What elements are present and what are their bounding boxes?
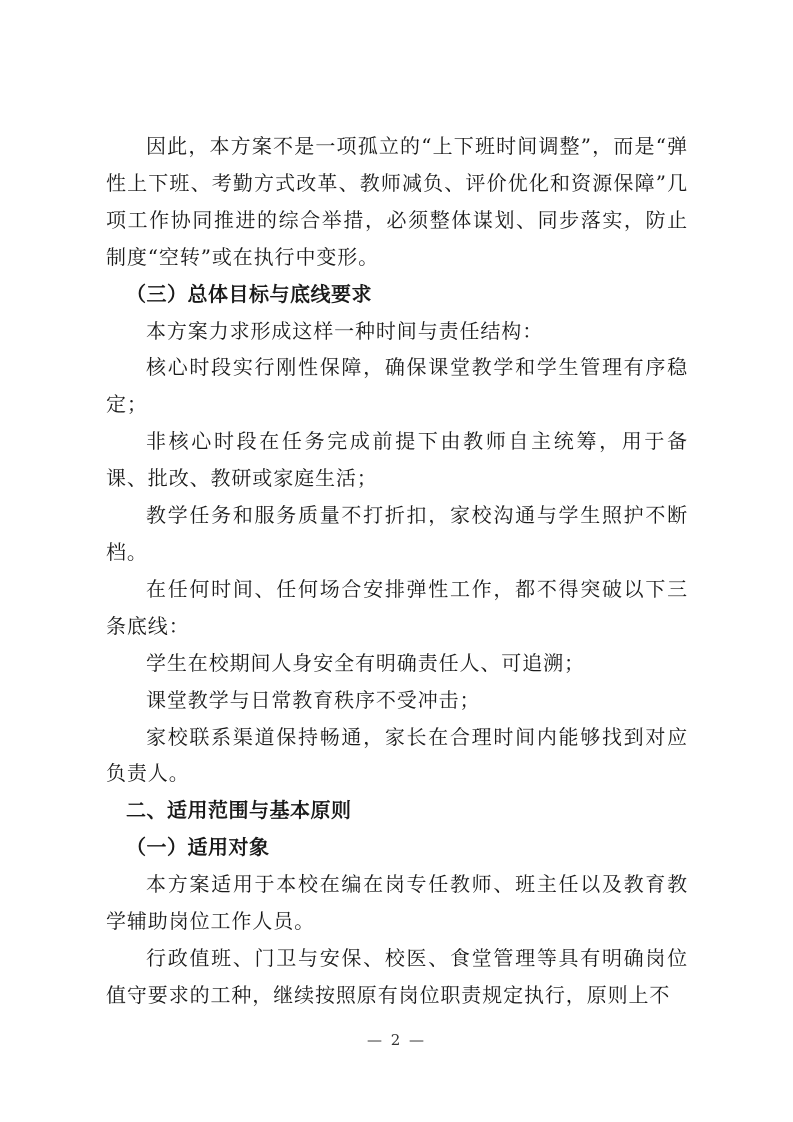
paragraph-overview: 因此，本方案不是一项孤立的“上下班时间调整”，而是“弹性上下班、考勤方式改革、教…	[106, 128, 688, 276]
chapter-heading-scope: 二、适用范围与基本原则	[106, 792, 688, 829]
paragraph-quality: 教学任务和服务质量不打折扣，家校沟通与学生照护不断档。	[106, 497, 688, 571]
paragraph-bottom-line-safety: 学生在校期间人身安全有明确责任人、可追溯；	[106, 645, 688, 682]
paragraph-non-core-period: 非核心时段在任务完成前提下由教师自主统筹，用于备课、批改、教研或家庭生活；	[106, 423, 688, 497]
section-heading-applicable: （一）适用对象	[106, 829, 688, 866]
paragraph-structure-intro: 本方案力求形成这样一种时间与责任结构：	[106, 313, 688, 350]
page-number: — 2 —	[0, 1031, 793, 1049]
paragraph-core-period: 核心时段实行刚性保障，确保课堂教学和学生管理有序稳定；	[106, 349, 688, 423]
paragraph-bottom-line-contact: 家校联系渠道保持畅通，家长在合理时间内能够找到对应负责人。	[106, 719, 688, 793]
section-heading-goals: （三）总体目标与底线要求	[106, 276, 688, 313]
paragraph-applicable-staff: 本方案适用于本校在编在岗专任教师、班主任以及教育教学辅助岗位工作人员。	[106, 866, 688, 940]
paragraph-excluded-staff: 行政值班、门卫与安保、校医、食堂管理等具有明确岗位值守要求的工种，继续按照原有岗…	[106, 940, 688, 1014]
document-body: 因此，本方案不是一项孤立的“上下班时间调整”，而是“弹性上下班、考勤方式改革、教…	[106, 128, 688, 1014]
paragraph-bottom-line-order: 课堂教学与日常教育秩序不受冲击；	[106, 682, 688, 719]
paragraph-bottom-lines-intro: 在任何时间、任何场合安排弹性工作，都不得突破以下三条底线：	[106, 571, 688, 645]
